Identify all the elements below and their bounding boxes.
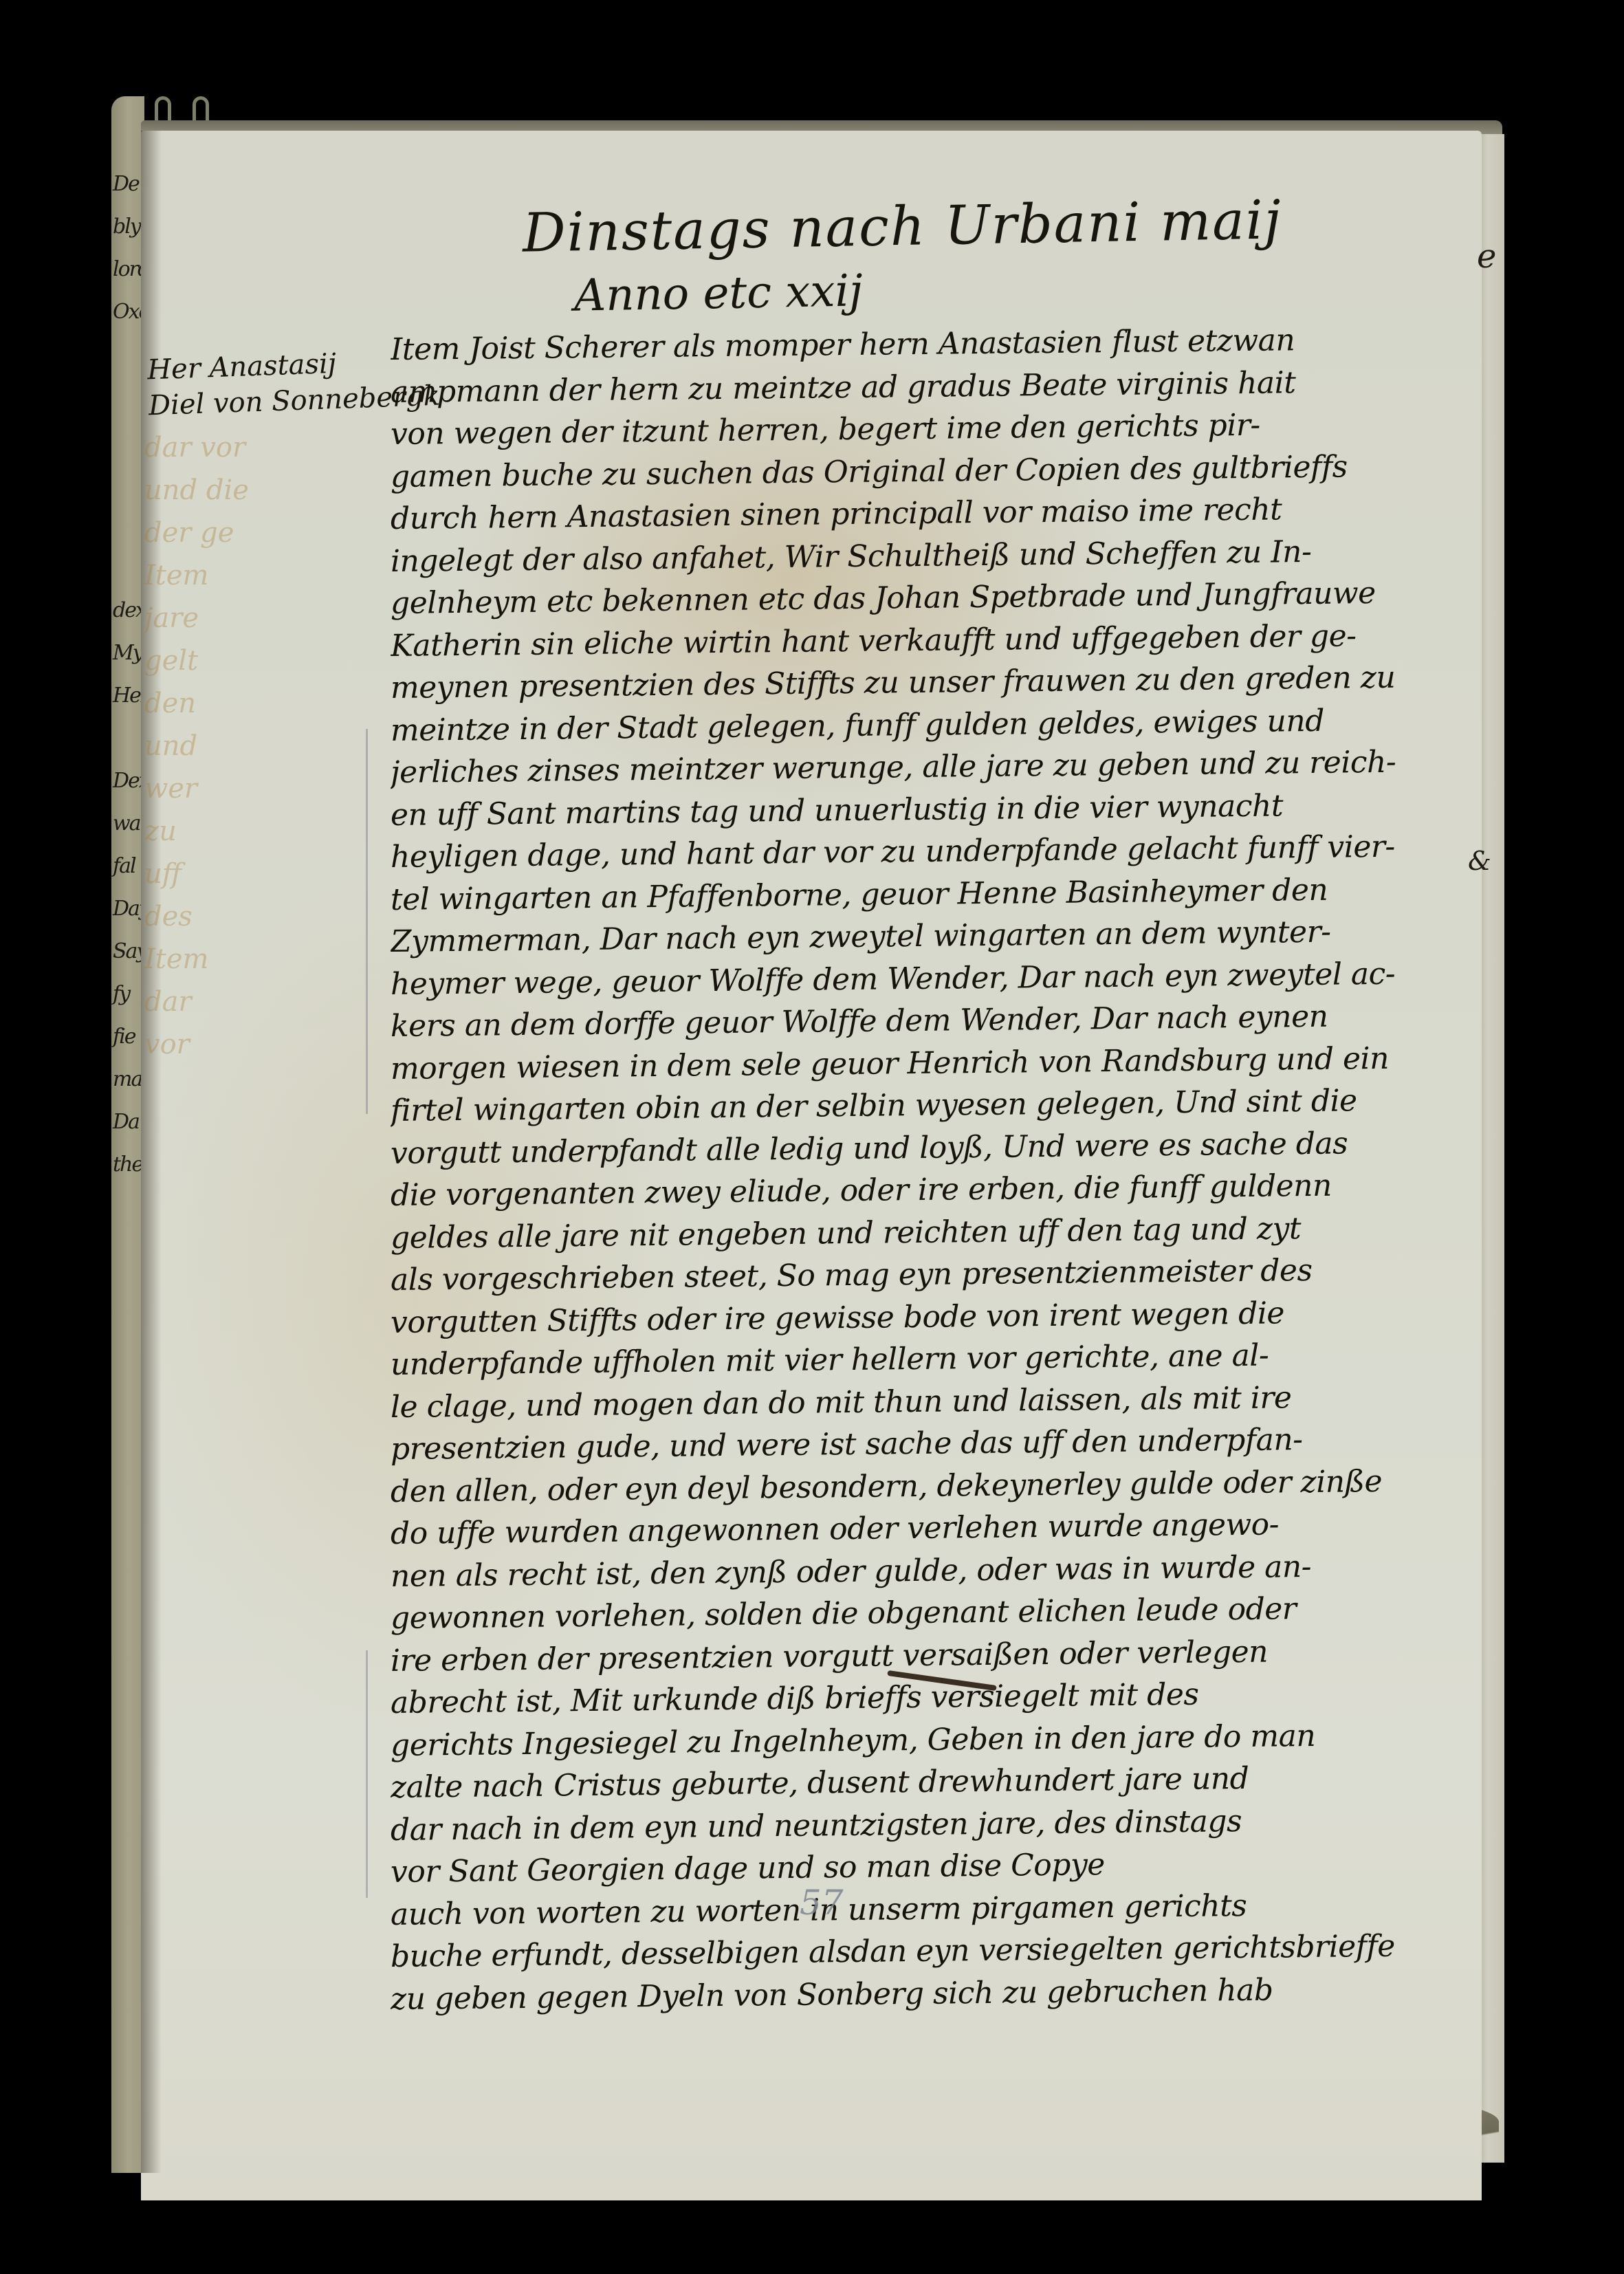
verso-text-fragment: Oxo xyxy=(113,300,144,324)
right-edge-mark: & xyxy=(1468,846,1491,876)
verso-text-fragment: the xyxy=(113,1152,142,1177)
verso-text-fragment: Myo xyxy=(113,641,144,665)
verso-text-fragment: lord xyxy=(113,257,144,281)
verso-text-fragment: ma xyxy=(113,1067,142,1091)
verso-text-fragment: Dex xyxy=(113,769,144,793)
verso-text-fragment: dex xyxy=(113,598,144,622)
right-edge-mark: e xyxy=(1477,237,1496,276)
page-number: 57 xyxy=(800,1883,844,1923)
verso-text-fragment: Hex xyxy=(113,684,144,708)
verso-page-strip: DeblyklordOxodexMyoHexDexwafalDaySaytfyf… xyxy=(111,96,144,2173)
heading-year-line: Anno etc xxij xyxy=(573,265,863,321)
verso-text-fragment: fy xyxy=(113,982,129,1006)
verso-text-fragment: Da xyxy=(113,1110,139,1134)
body-text: Item Joist Scherer als momper hern Anast… xyxy=(391,329,1491,2020)
pencil-margin-line xyxy=(366,729,368,1114)
verso-text-fragment: blyk xyxy=(113,215,144,239)
verso-text-fragment: fal xyxy=(113,854,135,878)
heading-date-line: Dinstags nach Urbani maij xyxy=(522,189,1282,264)
spine-shadow xyxy=(141,131,162,2173)
pencil-margin-line xyxy=(366,1650,368,1898)
verso-text-fragment: Day xyxy=(113,897,144,921)
verso-text-fragment: fie xyxy=(113,1025,135,1049)
verso-text-fragment: wa xyxy=(113,811,140,835)
verso-text-fragment: De xyxy=(113,172,139,196)
verso-text-fragment: Sayt xyxy=(113,939,144,963)
